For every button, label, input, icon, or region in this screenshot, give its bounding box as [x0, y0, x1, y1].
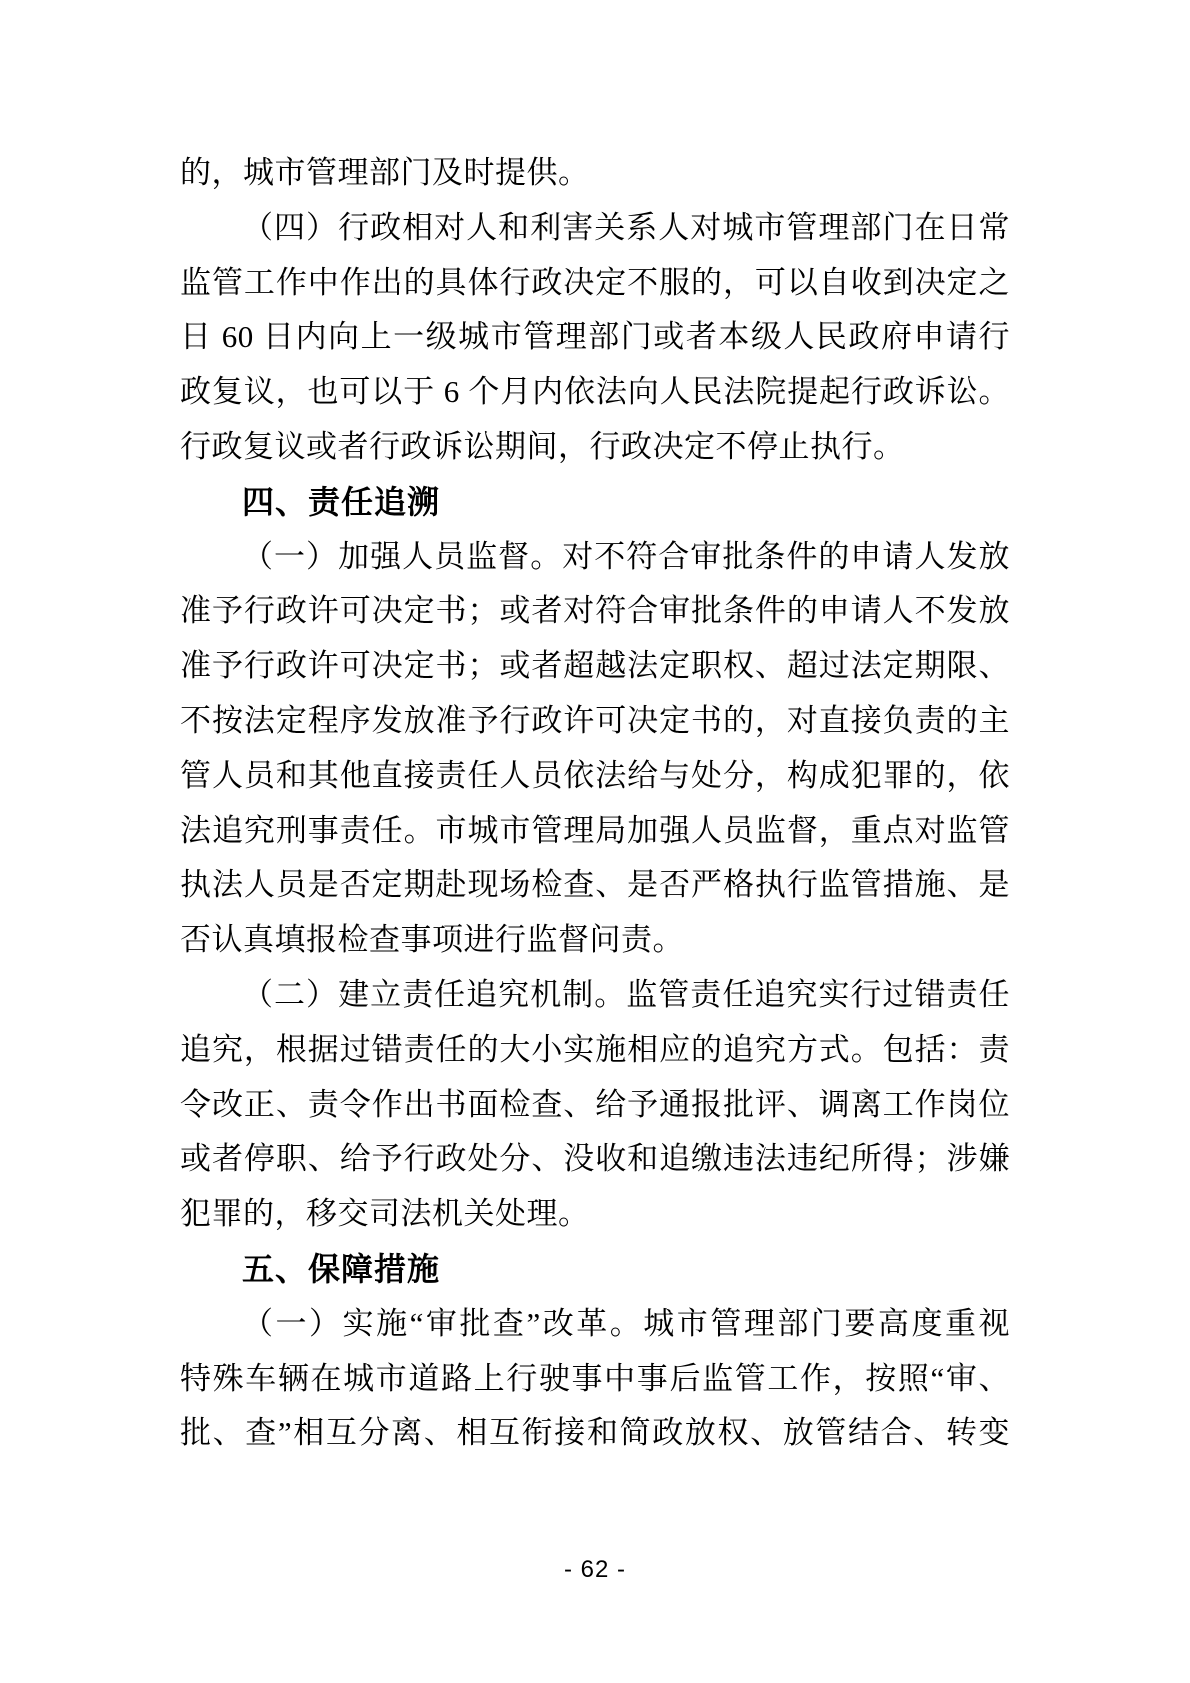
text-line: 追究，根据过错责任的大小实施相应的追究方式。包括：责 [180, 1023, 1010, 1078]
text-line: 令改正、责令作出书面检查、给予通报批评、调离工作岗位 [180, 1078, 1010, 1133]
text-line: 的，城市管理部门及时提供。 [180, 146, 1010, 201]
text-line: 日 60 日内向上一级城市管理部门或者本级人民政府申请行 [180, 310, 1010, 365]
text-line: 政复议，也可以于 6 个月内依法向人民法院提起行政诉讼。 [180, 365, 1010, 420]
text-line: 犯罪的，移交司法机关处理。 [180, 1187, 1010, 1242]
text-line: （四）行政相对人和利害关系人对城市管理部门在日常 [180, 201, 1010, 256]
text-line: 管人员和其他直接责任人员依法给与处分，构成犯罪的，依 [180, 749, 1010, 804]
text-line: 否认真填报检查事项进行监督问责。 [180, 913, 1010, 968]
text-line: 监管工作中作出的具体行政决定不服的，可以自收到决定之 [180, 256, 1010, 311]
text-line: 批、查”相互分离、相互衔接和简政放权、放管结合、转变 [180, 1406, 1010, 1461]
text-line: 特殊车辆在城市道路上行驶事中事后监管工作，按照“审、 [180, 1352, 1010, 1407]
text-block: 的，城市管理部门及时提供。 （四）行政相对人和利害关系人对城市管理部门在日常 监… [180, 146, 1010, 1461]
text-line: 不按法定程序发放准予行政许可决定书的，对直接负责的主 [180, 694, 1010, 749]
text-line: 准予行政许可决定书；或者对符合审批条件的申请人不发放 [180, 584, 1010, 639]
section-heading: 四、责任追溯 [180, 475, 1010, 530]
page-number: - 62 - [0, 1556, 1190, 1584]
text-line: 执法人员是否定期赴现场检查、是否严格执行监管措施、是 [180, 858, 1010, 913]
text-line: 准予行政许可决定书；或者超越法定职权、超过法定期限、 [180, 639, 1010, 694]
text-line: （一）实施“审批查”改革。城市管理部门要高度重视 [180, 1297, 1010, 1352]
text-line: 或者停职、给予行政处分、没收和追缴违法违纪所得；涉嫌 [180, 1132, 1010, 1187]
document-page: 的，城市管理部门及时提供。 （四）行政相对人和利害关系人对城市管理部门在日常 监… [0, 0, 1190, 1683]
text-line: （二）建立责任追究机制。监管责任追究实行过错责任 [180, 968, 1010, 1023]
text-line: 行政复议或者行政诉讼期间，行政决定不停止执行。 [180, 420, 1010, 475]
section-heading: 五、保障措施 [180, 1242, 1010, 1297]
text-line: （一）加强人员监督。对不符合审批条件的申请人发放 [180, 530, 1010, 585]
text-line: 法追究刑事责任。市城市管理局加强人员监督，重点对监管 [180, 804, 1010, 859]
